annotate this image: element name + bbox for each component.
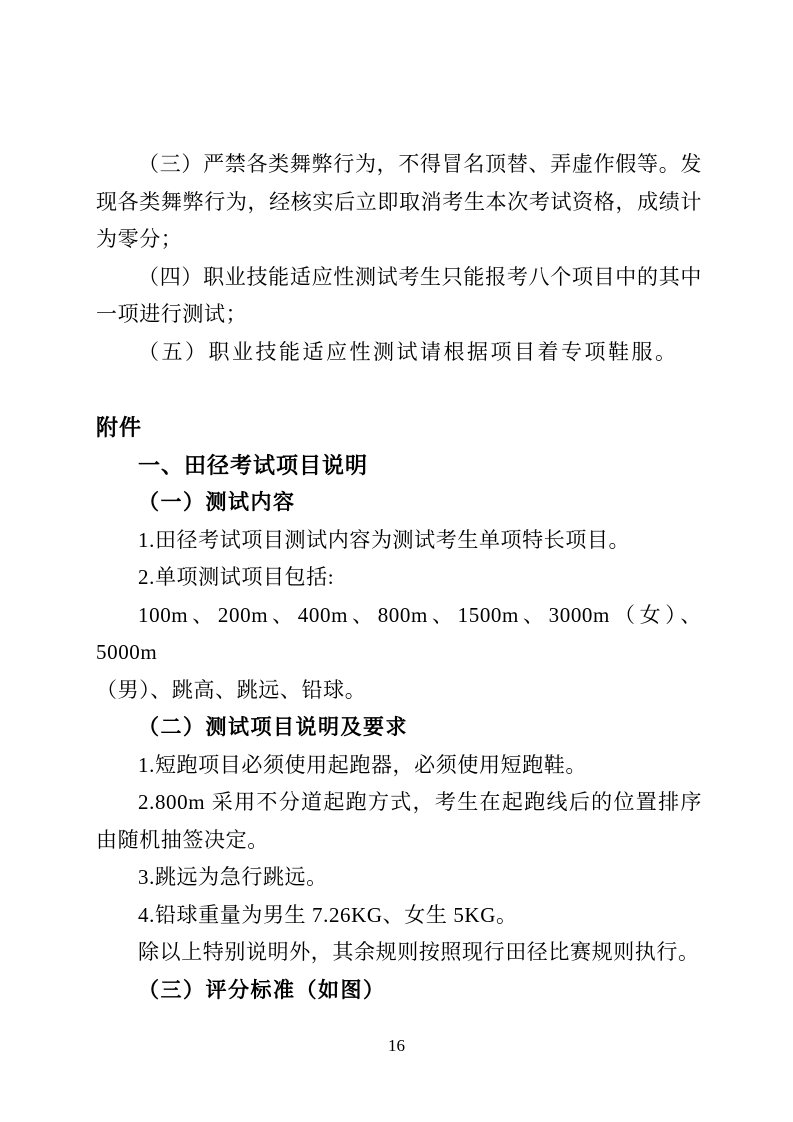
list-item: 4.铅球重量为男生 7.26KG、女生 5KG。 (96, 897, 702, 935)
subsection-title-1: （一）测试内容 (96, 484, 702, 522)
subsection-title-2: （二）测试项目说明及要求 (96, 709, 702, 747)
list-item: 1.田径考试项目测试内容为测试考生单项特长项目。 (96, 522, 702, 560)
list-item: 除以上特别说明外，其余规则按照现行田径比赛规则执行。 (96, 934, 702, 972)
document-page: （三）严禁各类舞弊行为，不得冒名顶替、弄虚作假等。发现各类舞弊行为，经核实后立即… (0, 0, 793, 1122)
events-line-1: 100m、200m、400m、800m、1500m、3000m（女）、5000m (96, 597, 702, 672)
list-item: 1.短跑项目必须使用起跑器，必须使用短跑鞋。 (96, 747, 702, 785)
section-title: 一、田径考试项目说明 (96, 447, 702, 485)
list-item: 2.单项测试项目包括: (96, 559, 702, 597)
document-body: （三）严禁各类舞弊行为，不得冒名顶替、弄虚作假等。发现各类舞弊行为，经核实后立即… (96, 146, 702, 1009)
list-item: 3.跳远为急行跳远。 (96, 859, 702, 897)
note-paragraph-3: （三）严禁各类舞弊行为，不得冒名顶替、弄虚作假等。发现各类舞弊行为，经核实后立即… (96, 146, 702, 259)
note-paragraph-4: （四）职业技能适应性测试考生只能报考八个项目中的其中一项进行测试； (96, 259, 702, 334)
note-paragraph-5: （五）职业技能适应性测试请根据项目着专项鞋服。 (96, 334, 702, 372)
attachment-heading: 附件 (96, 409, 702, 447)
list-item: 2.800m 采用不分道起跑方式，考生在起跑线后的位置排序由随机抽签决定。 (96, 784, 702, 859)
page-number: 16 (0, 1036, 793, 1056)
events-line-2: （男）、跳高、跳远、铅球。 (96, 672, 702, 710)
subsection-title-3: （三）评分标准（如图） (96, 972, 702, 1010)
